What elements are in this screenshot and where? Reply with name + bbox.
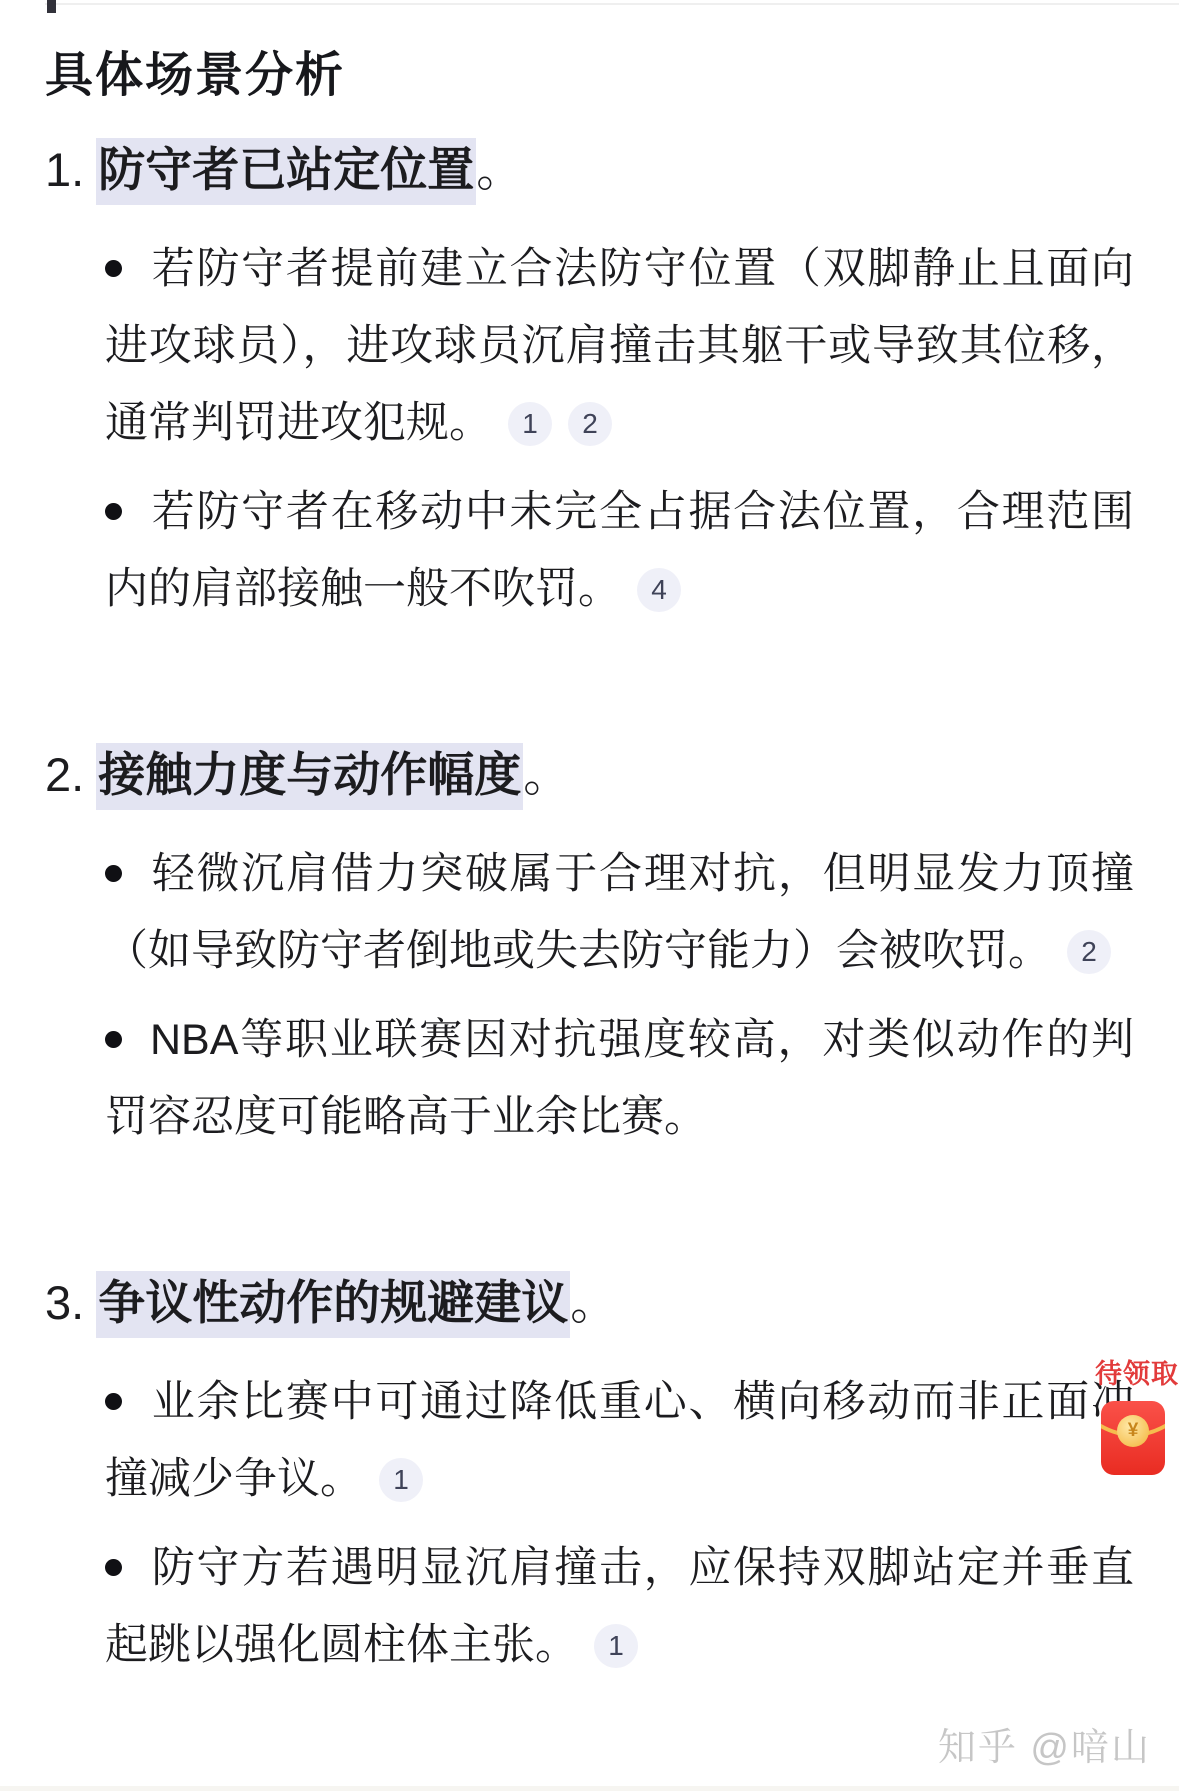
bullet-icon (105, 1393, 122, 1410)
bullet-icon (105, 260, 122, 277)
page-title: 具体场景分析 (45, 46, 1134, 106)
list-item: 若防守者在移动中未完全占据合法位置，合理范围内的肩部接触一般不吹罚。4 (105, 474, 1134, 628)
section-heading-period: 。 (476, 143, 523, 196)
bullet-icon (105, 503, 122, 520)
list-item: 业余比赛中可通过降低重心、横向移动而非正面冲撞减少争议。1 (105, 1364, 1134, 1518)
section-number: 1. (45, 143, 84, 196)
bullet-icon (105, 865, 122, 882)
citation-badge[interactable]: 1 (379, 1458, 423, 1502)
citation-badge[interactable]: 2 (1067, 930, 1111, 974)
list-item: 轻微沉肩借力突破属于合理对抗，但明显发力顶撞（如导致防守者倒地或失去防守能力）会… (105, 836, 1134, 990)
red-packet-status: 待领取 (1095, 1352, 1171, 1391)
citation-badge[interactable]: 2 (568, 402, 612, 446)
section-heading-text: 防守者已站定位置 (96, 138, 476, 205)
citation-badge[interactable]: 1 (508, 402, 552, 446)
bullet-text: 业余比赛中可通过降低重心、横向移动而非正面冲撞减少争议。 (105, 1378, 1134, 1503)
article-body: 具体场景分析 1.防守者已站定位置。 若防守者提前建立合法防守位置（双脚静止且面… (0, 0, 1179, 1684)
bullet-text: 若防守者在移动中未完全占据合法位置，合理范围内的肩部接触一般不吹罚。 (105, 488, 1134, 613)
bullet-list-2: 轻微沉肩借力突破属于合理对抗，但明显发力顶撞（如导致防守者倒地或失去防守能力）会… (45, 836, 1134, 1156)
citation-badge[interactable]: 1 (594, 1624, 638, 1668)
section-heading-2: 2.接触力度与动作幅度。 (45, 743, 1134, 806)
watermark: 知乎 @喑山 (938, 1716, 1151, 1771)
red-packet-widget[interactable]: 待领取 ¥ (1095, 1352, 1171, 1475)
bullet-text: NBA等职业联赛因对抗强度较高，对类似动作的判罚容忍度可能略高于业余比赛。 (105, 1016, 1134, 1141)
coin-icon: ¥ (1117, 1415, 1149, 1447)
section-heading-period: 。 (570, 1276, 617, 1329)
section-heading-period: 。 (523, 748, 570, 801)
bullet-list-3: 业余比赛中可通过降低重心、横向移动而非正面冲撞减少争议。1 防守方若遇明显沉肩撞… (45, 1364, 1134, 1684)
bottom-edge-band (0, 1786, 1179, 1791)
citation-badge[interactable]: 4 (637, 568, 681, 612)
section-heading-text: 争议性动作的规避建议 (96, 1271, 570, 1338)
bullet-text: 轻微沉肩借力突破属于合理对抗，但明显发力顶撞（如导致防守者倒地或失去防守能力）会… (105, 850, 1134, 975)
red-envelope-icon[interactable]: ¥ (1101, 1401, 1165, 1475)
top-edge-artifact (47, 0, 56, 13)
section-heading-1: 1.防守者已站定位置。 (45, 138, 1134, 201)
list-item: 若防守者提前建立合法防守位置（双脚静止且面向进攻球员），进攻球员沉肩撞击其躯干或… (105, 231, 1134, 462)
section-number: 2. (45, 748, 84, 801)
bullet-list-1: 若防守者提前建立合法防守位置（双脚静止且面向进攻球员），进攻球员沉肩撞击其躯干或… (45, 231, 1134, 628)
bullet-icon (105, 1031, 122, 1048)
bullet-icon (105, 1559, 122, 1576)
section-number: 3. (45, 1276, 84, 1329)
top-edge-divider (45, 3, 1179, 5)
section-heading-3: 3.争议性动作的规避建议。 (45, 1271, 1134, 1334)
section-heading-text: 接触力度与动作幅度 (96, 743, 523, 810)
bullet-text: 若防守者提前建立合法防守位置（双脚静止且面向进攻球员），进攻球员沉肩撞击其躯干或… (105, 245, 1134, 447)
list-item: 防守方若遇明显沉肩撞击，应保持双脚站定并垂直起跳以强化圆柱体主张。1 (105, 1530, 1134, 1684)
list-item: NBA等职业联赛因对抗强度较高，对类似动作的判罚容忍度可能略高于业余比赛。 (105, 1002, 1134, 1156)
